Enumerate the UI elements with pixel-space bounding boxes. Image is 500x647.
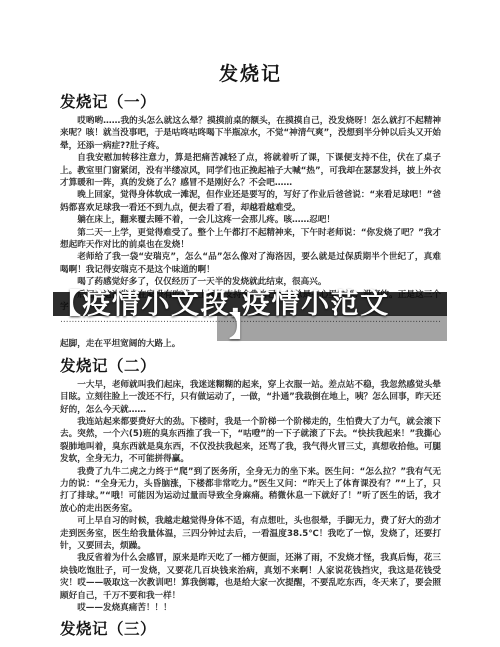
section-heading-2: 发烧记（二） (60, 356, 441, 376)
paragraph: 哎哟哟……我的头怎么就这么晕？摸摸前桌的额头，在摸摸自己，没发烧呀！怎么就打不起… (60, 115, 441, 152)
paragraph: 我费了九牛二虎之力终于“爬”到了医务所，全身无力的坐下来。医生问：“怎么拉？”我… (60, 466, 441, 516)
paragraph: 哎——发烧真痛苦！！！ (60, 602, 441, 614)
watermark-closing-bracket: 】 (217, 315, 447, 341)
section-heading-3: 发烧记（三） (60, 619, 441, 639)
paragraph: 老师给了我一袋“安瑞克”，怎么“品”怎么像对了海洛因，要么就是过保质期半个世纪了… (60, 251, 441, 276)
paragraph: 躺在床上，翻来覆去睡不着，一会儿这疼一会那儿疼。咳……忍吧！ (60, 214, 441, 226)
paragraph: 我连站起来都要费好大的劲。下楼时，我是一个阶梯一个阶梯走的，生怕费大了力气，就会… (60, 416, 441, 466)
paragraph: 一大早，老师就叫我们起床，我迷迷糊糊的起来，穿上衣服一站。差点站不稳，我忽然感觉… (60, 379, 441, 416)
paragraph: 第二天一上学，更觉得难受了。整个上午都打不起精神来，下午时老师说：“你发烧了吧？… (60, 227, 441, 252)
paragraph: 晚上回家，觉得身体软成一滩泥，但作业还是要写的，写好了作业后爸爸说：“来看足球吧… (60, 189, 441, 214)
paragraph: 可上早自习的时候，我越走越觉得身体不适，有点想吐，头也很晕，手脚无力，费了好大的… (60, 515, 441, 552)
section-heading-1: 发烧记（一） (60, 92, 441, 112)
paragraph: 我反省着为什么会感冒，原来是昨天吃了一桶方便面，还淋了雨，不发烧才怪，我真后悔，… (60, 552, 441, 602)
document-title: 发烧记 (60, 62, 441, 86)
paragraph: 自我安慰加转移注意力，算是把痛苦减轻了点，将就着听了课，下课便支持不住，伏在了桌… (60, 152, 441, 189)
